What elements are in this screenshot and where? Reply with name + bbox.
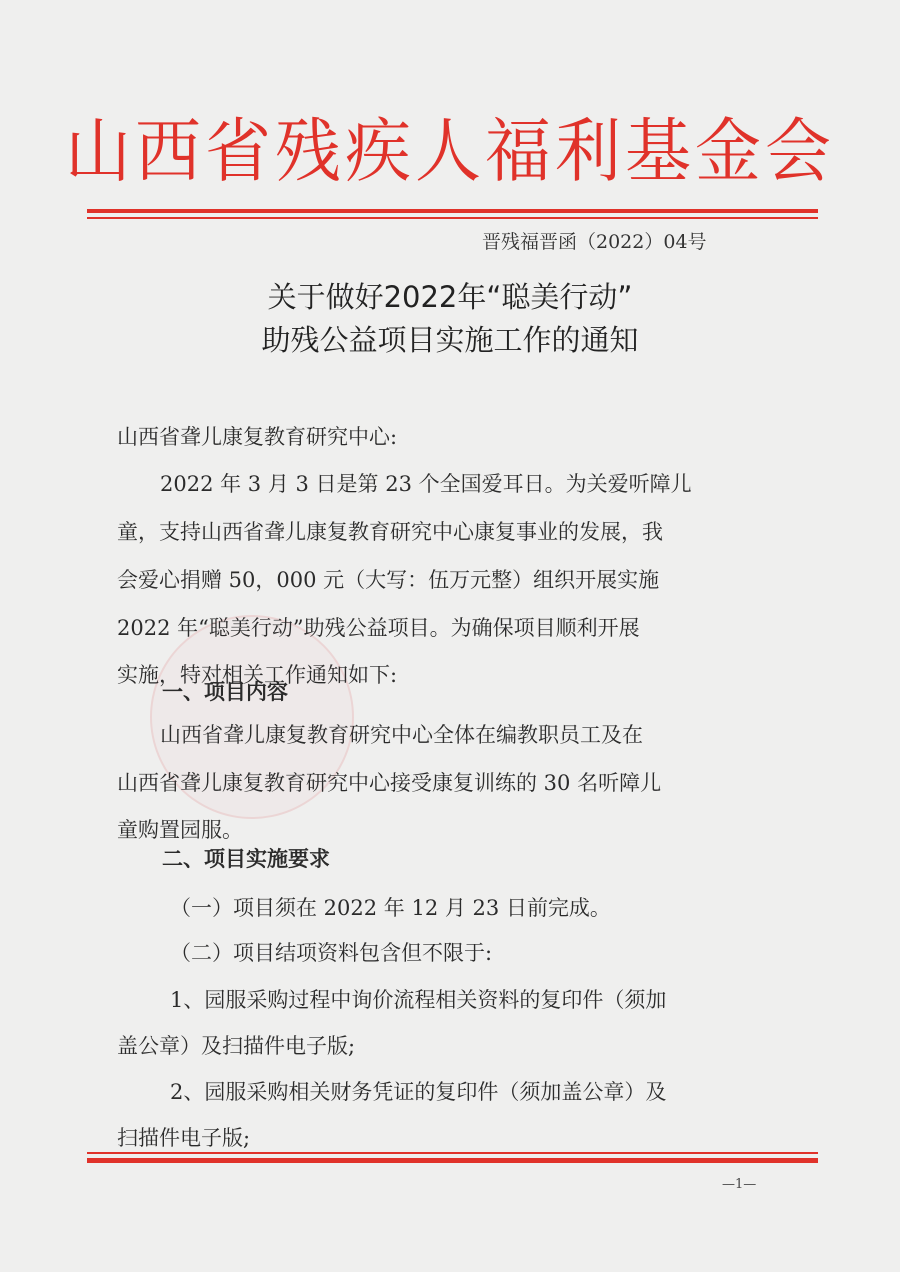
page-number: —1—	[722, 1177, 756, 1192]
section2-line: 2、园服采购相关财务凭证的复印件（须加盖公章）及	[170, 1077, 666, 1107]
section1-line: 山西省聋儿康复教育研究中心接受康复训练的 30 名听障儿	[117, 768, 661, 798]
intro-line: 2022 年 3 月 3 日是第 23 个全国爱耳日。为关爱听障儿	[160, 469, 692, 499]
section1-heading: 一、项目内容	[162, 677, 288, 707]
intro-line: 2022 年“聪美行动”助残公益项目。为确保项目顺利开展	[117, 613, 640, 643]
section2-line: 盖公章）及扫描件电子版;	[117, 1031, 355, 1061]
footer-rule-thin	[87, 1152, 818, 1154]
section1-line: 山西省聋儿康复教育研究中心全体在编教职员工及在	[160, 720, 643, 750]
letterhead-org-name: 山西省残疾人福利基金会	[0, 110, 900, 194]
section2-line: （一）项目须在 2022 年 12 月 23 日前完成。	[170, 893, 611, 923]
letterhead-rule-thin	[87, 217, 818, 219]
section2-heading: 二、项目实施要求	[162, 844, 330, 874]
intro-line: 童，支持山西省聋儿康复教育研究中心康复事业的发展，我	[117, 517, 663, 547]
section2-line: 1、园服采购过程中询价流程相关资料的复印件（须加	[170, 985, 666, 1015]
document-number: 晋残福晋函（2022）04号	[482, 227, 707, 254]
document-title-line1: 关于做好2022年“聪美行动”	[0, 275, 900, 319]
section2-line: 扫描件电子版;	[117, 1123, 250, 1153]
section1-line: 童购置园服。	[117, 815, 243, 845]
recipient: 山西省聋儿康复教育研究中心:	[117, 422, 397, 452]
document-title-line2: 助残公益项目实施工作的通知	[0, 318, 900, 362]
intro-line: 会爱心捐赠 50，000 元（大写：伍万元整）组织开展实施	[117, 565, 659, 595]
section2-line: （二）项目结项资料包含但不限于:	[170, 938, 492, 968]
footer-rule-thick	[87, 1158, 818, 1163]
letterhead-rule-thick	[87, 209, 818, 213]
